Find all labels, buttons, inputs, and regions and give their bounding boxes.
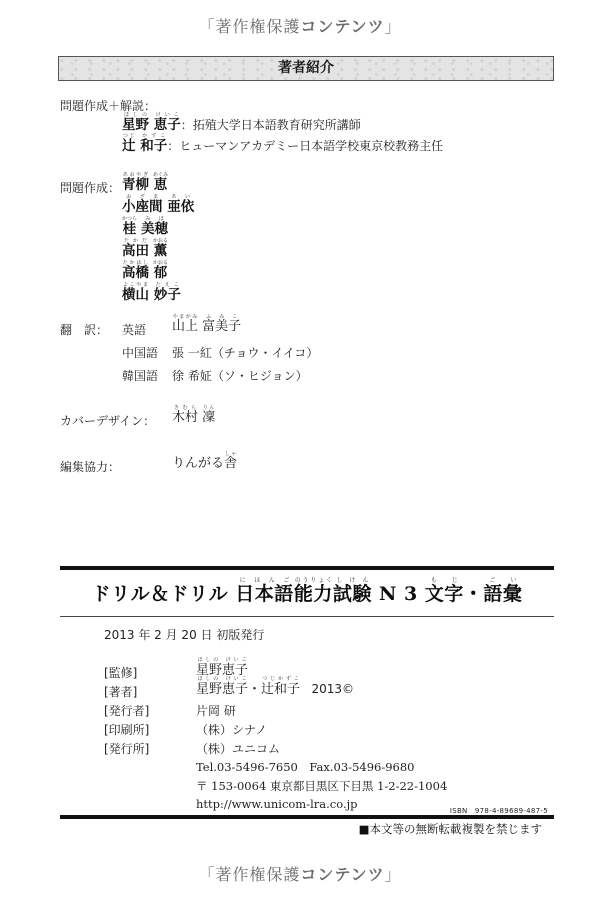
author-affiliation: ：ヒューマンアカデミー日本語学校東京校教務主任 [167,139,443,153]
credit-label-publishing-house: [発行所] [104,740,149,757]
publish-date: 2013 年 2 月 20 日 初版発行 [104,626,264,643]
translation-label: 翻 訳： [60,321,108,338]
question-writer: 高田たかだ 薫かおる [122,238,168,259]
credit-label-supervisor: [監修] [104,664,137,681]
credit-value-publisher: 片岡 研 [196,702,236,719]
credit-label-publisher: [発行者] [104,702,149,719]
translator-name: 山上やまがみ 富美子ふみこ [172,314,241,334]
book-title: ドリル＆ドリル 日本語にほんご能力のうりょく試験しけん N 3 文字もじ・語彙ご… [60,577,554,606]
watermark-bold: コンテンツ [300,17,384,36]
editorial-name: りんがる舎しゃ [172,451,237,471]
translator-name: 張 一紅（チョウ・イイコ） [172,344,318,361]
question-writer: 高橋たかはし 郁かおる [122,260,168,281]
copyright-watermark-bottom: 「著作権保護コンテンツ」 [0,862,600,885]
question-writer: 青柳あおやぎ 恵めぐみ [122,172,168,193]
colophon-bottom-rule [60,815,554,819]
watermark-prefix: 「著作権保護 [198,865,300,884]
editorial-label: 編集協力： [60,458,120,475]
contact-url[interactable]: http://www.unicom-lra.co.jp [196,797,358,811]
colophon-title-rule [60,616,554,617]
copyright-watermark-top: 「著作権保護コンテンツ」 [0,14,600,37]
question-writer: 横山よこやま 妙子たえこ [122,282,181,303]
question-writers-label: 問題作成： [60,179,120,196]
credit-label-author: [著者] [104,683,137,700]
copyright-notice: ■本文等の無断転載複製を禁じます [359,821,542,837]
question-writer: 小座間おざま 亜依あい [122,194,194,215]
translator-name: 徐 希姃（ソ・ヒジョン） [172,367,308,384]
credit-value-publishing-house: （株）ユニコム [196,740,280,757]
section-header-authors: 著者紹介 [58,56,554,81]
translation-language: 中国語 [122,344,158,361]
contact-address: 〒 153-0064 東京都目黒区下目黒 1-2-22-1004 [196,778,447,794]
credit-value-supervisor: 星野恵子ほしの けいこ [196,657,248,678]
translation-language: 韓国語 [122,367,158,384]
translation-language: 英語 [122,321,146,338]
contact-tel-fax: Tel.03-5496-7650 Fax.03-5496-9680 [196,759,415,775]
colophon-top-rule [60,566,554,570]
watermark-suffix: 」 [385,17,402,36]
watermark-prefix: 「著作権保護 [198,17,300,36]
watermark-bold: コンテンツ [300,865,384,884]
author-entry: 辻つじ 和子かずこ：ヒューマンアカデミー日本語学校東京校教務主任 [122,133,443,154]
question-writer: 桂かつら 美穂みほ [122,216,168,237]
author-entry: 星野ほしの 恵子けいこ：拓殖大学日本語教育研究所講師 [122,112,361,133]
credit-value-author: 星野恵子ほしの けいこ・辻和子つじかずこ 2013© [196,676,354,697]
author-affiliation: ：拓殖大学日本語教育研究所講師 [181,118,361,132]
cover-designer-name: 木村きむら 凜りん [172,405,215,425]
credit-value-printer: （株）シナノ [196,721,267,738]
cover-design-label: カバーデザイン： [60,412,155,429]
watermark-suffix: 」 [385,865,402,884]
credit-label-printer: [印刷所] [104,721,149,738]
